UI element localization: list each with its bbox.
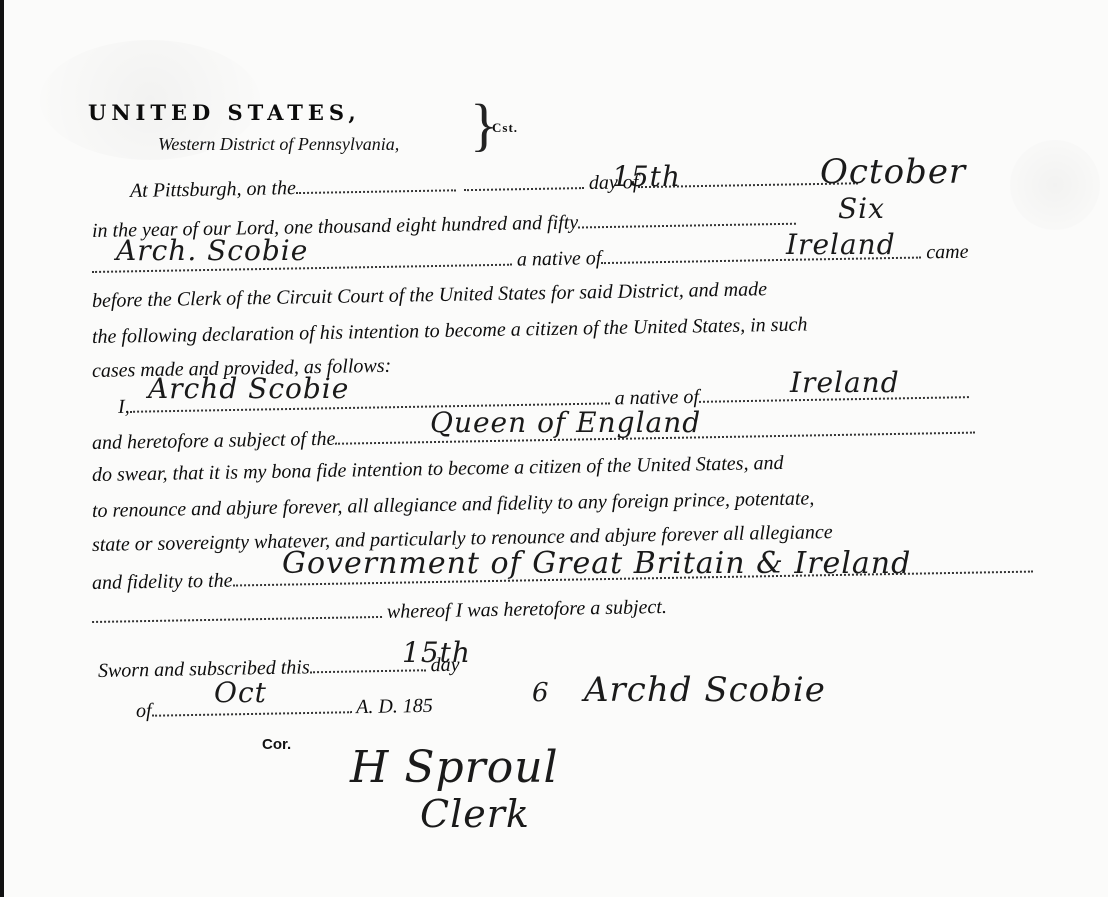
header-district: Western District of Pennsylvania, [158, 134, 399, 155]
hw-day: 15th [612, 160, 681, 193]
blank-year[interactable] [578, 209, 796, 229]
paper-stain [1010, 140, 1100, 230]
line-10: to renounce and abjure forever, all alle… [92, 487, 815, 523]
hw-name: Arch. Scobie [116, 234, 308, 267]
text-at-pittsburgh: At Pittsburgh, on the [130, 177, 296, 202]
text-came: came [926, 241, 969, 264]
hw-name-2: Archd Scobie [148, 372, 349, 405]
text-whereof: whereof I was heretofore a subject. [387, 596, 667, 623]
hw-native-of-2: Ireland [790, 366, 900, 399]
text-sworn: Sworn and subscribed this [98, 656, 310, 682]
header-abbrev: Cst. [492, 120, 518, 136]
hw-sworn-day: 15th [402, 636, 471, 669]
hw-year-digit: 6 [532, 678, 550, 708]
line-9: do swear, that it is my bona fide intent… [92, 452, 784, 487]
line-13: whereof I was heretofore a subject. [92, 596, 667, 629]
hw-subject-of: Queen of England [430, 406, 701, 439]
line-15: of A. D. 185 [136, 695, 433, 723]
scan-edge [0, 0, 4, 897]
text-fidelity-to: and fidelity to the [92, 570, 233, 594]
blank-line-13 [92, 602, 382, 623]
applicant-signature: Archd Scobie [584, 670, 826, 710]
blank-day-cont [464, 173, 584, 191]
text-ad-year: A. D. 185 [356, 695, 433, 718]
hw-native-of: Ireland [786, 228, 896, 261]
text-i: I, [118, 396, 130, 418]
cor-label: Cor. [262, 736, 291, 753]
text-native-of: a native of [517, 247, 602, 270]
text-subject-of: and heretofore a subject of the [92, 428, 336, 454]
line-4: before the Clerk of the Circuit Court of… [92, 278, 767, 313]
hw-government: Government of Great Britain & Ireland [282, 546, 911, 581]
clerk-signature: H Sproul [350, 742, 559, 793]
header-country: UNITED STATES, [88, 100, 361, 125]
blank-day[interactable] [296, 175, 456, 194]
hw-month: October [820, 152, 966, 192]
hw-sworn-month: Oct [214, 676, 267, 709]
line-1: At Pittsburgh, on the day of [130, 167, 859, 203]
hw-year-word: Six [838, 192, 885, 225]
line-5: the following declaration of his intenti… [92, 314, 808, 349]
text-of: of [136, 700, 152, 722]
clerk-title: Clerk [420, 792, 530, 836]
